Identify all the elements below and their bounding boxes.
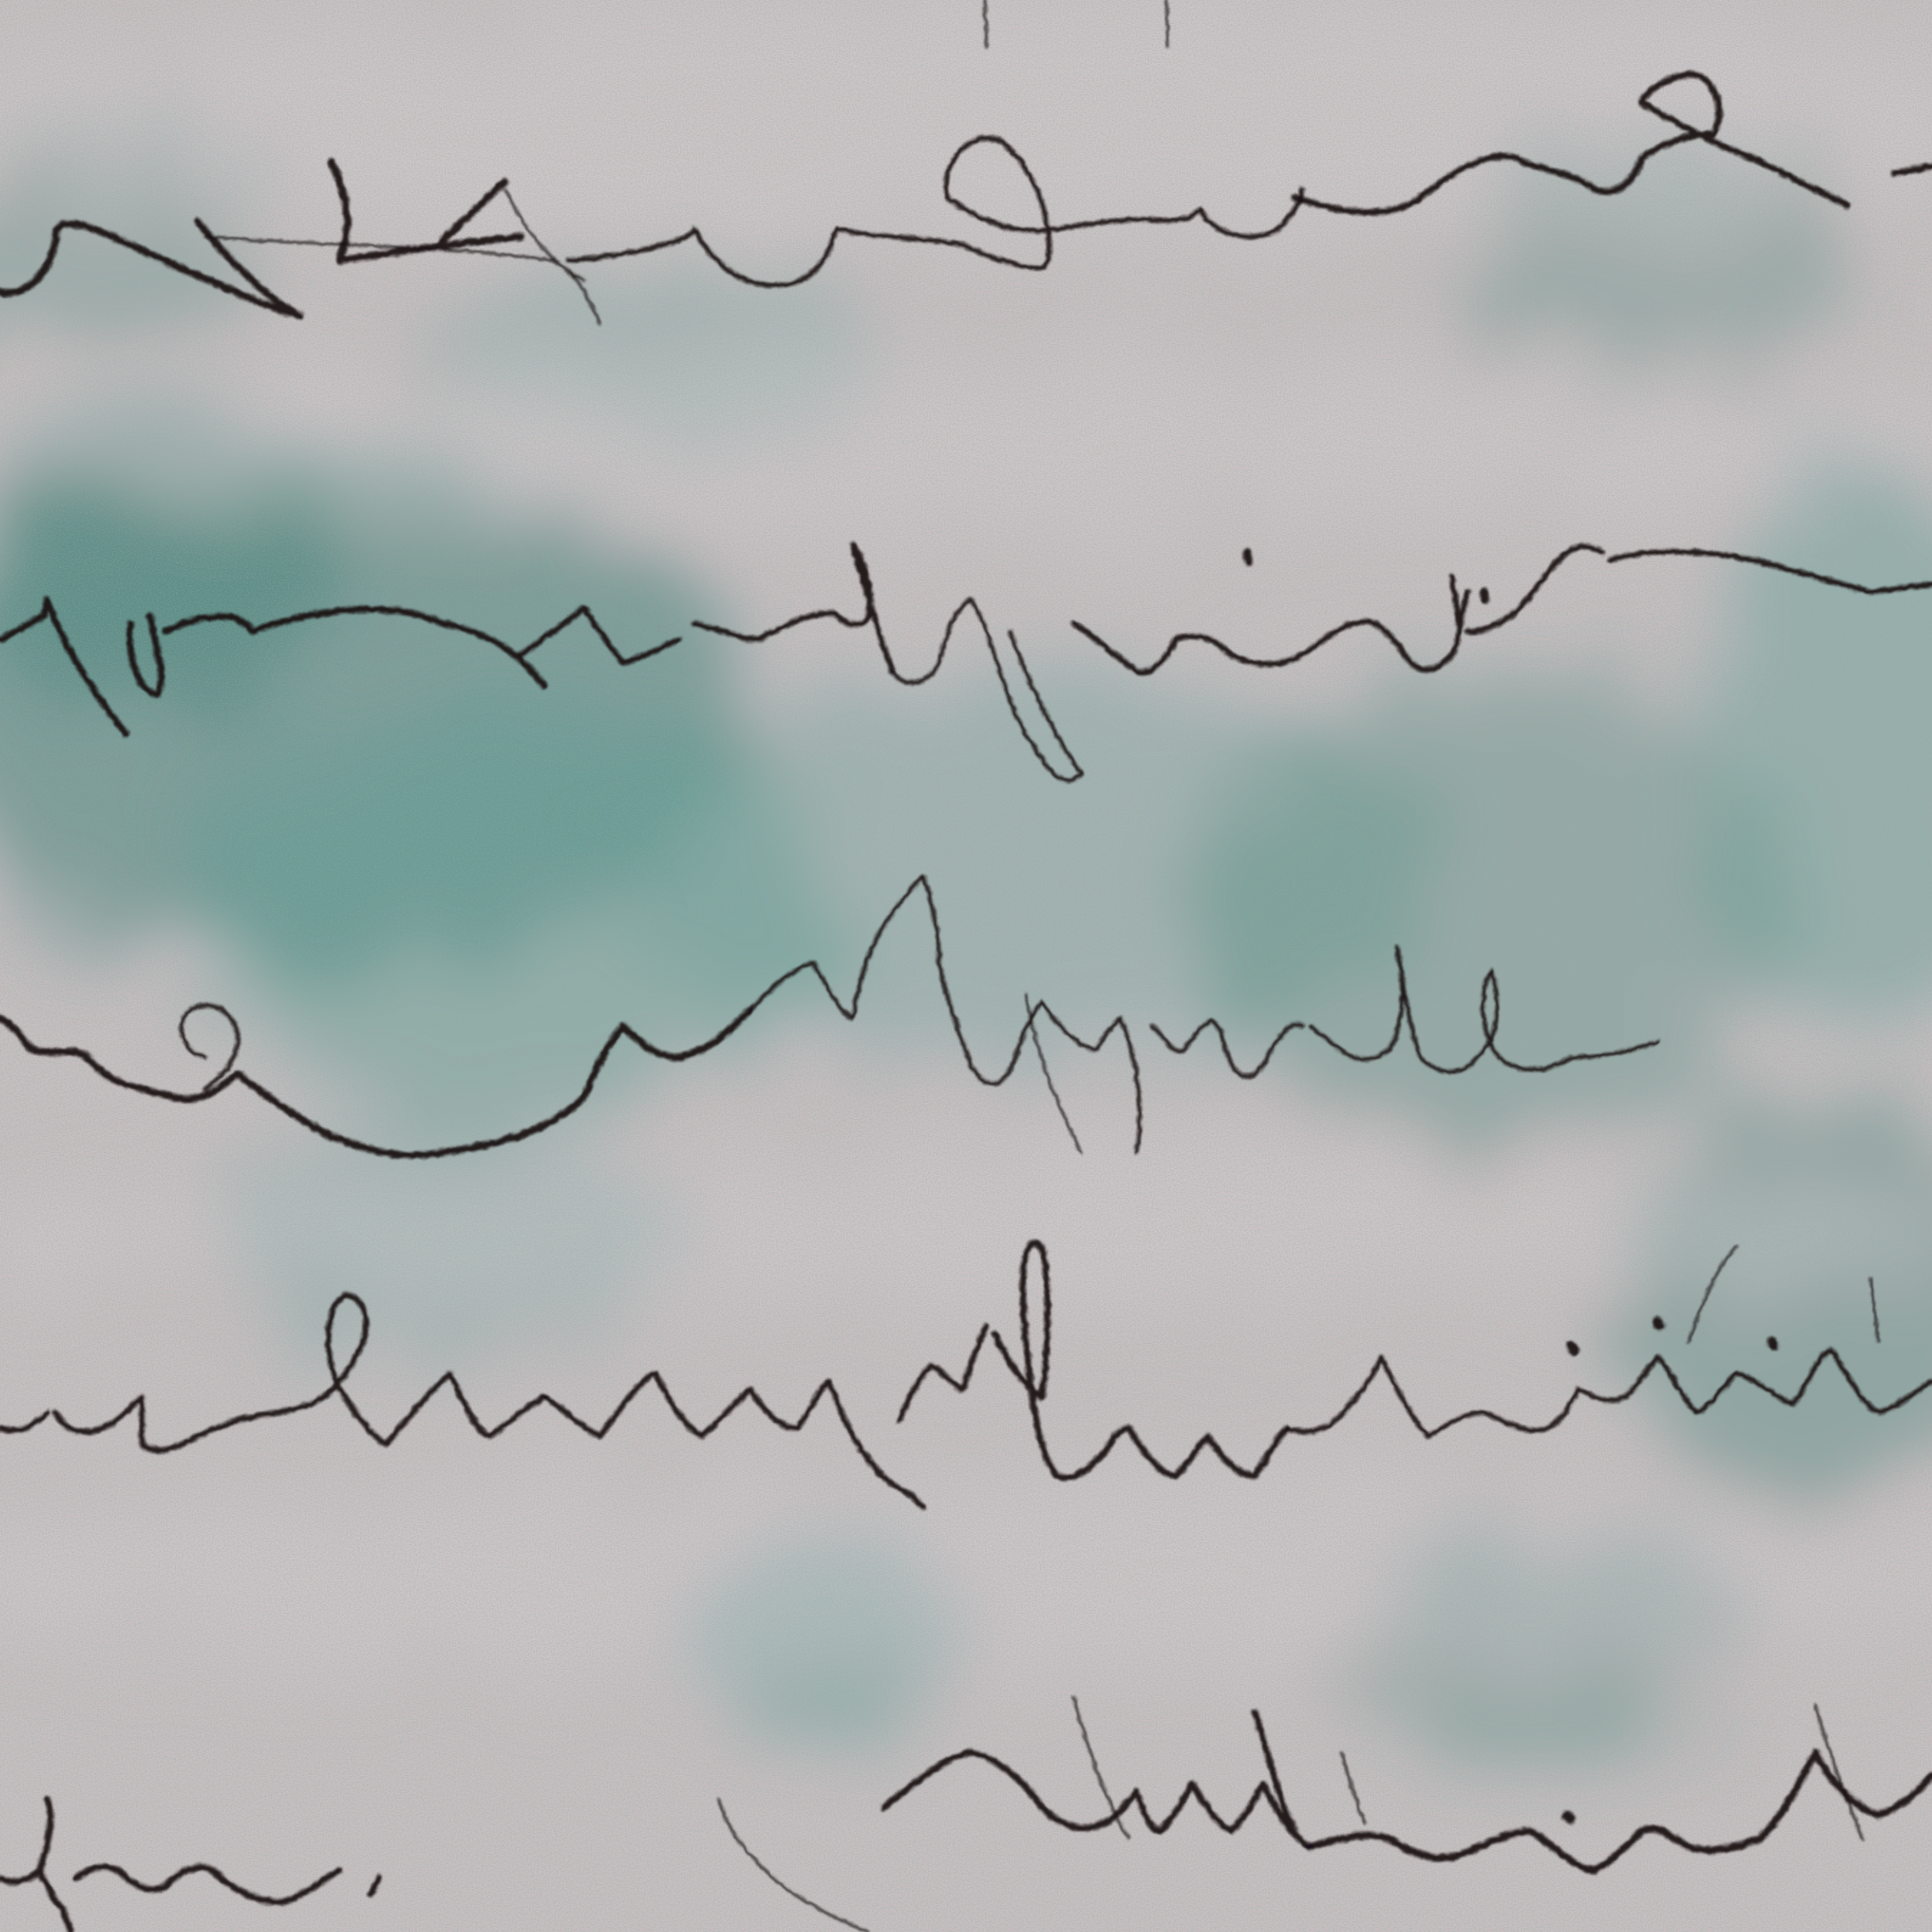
paper-speckle-texture (0, 0, 1932, 1932)
artwork-canvas (0, 0, 1932, 1932)
ink-stroke-line5-dot (1567, 1815, 1571, 1819)
